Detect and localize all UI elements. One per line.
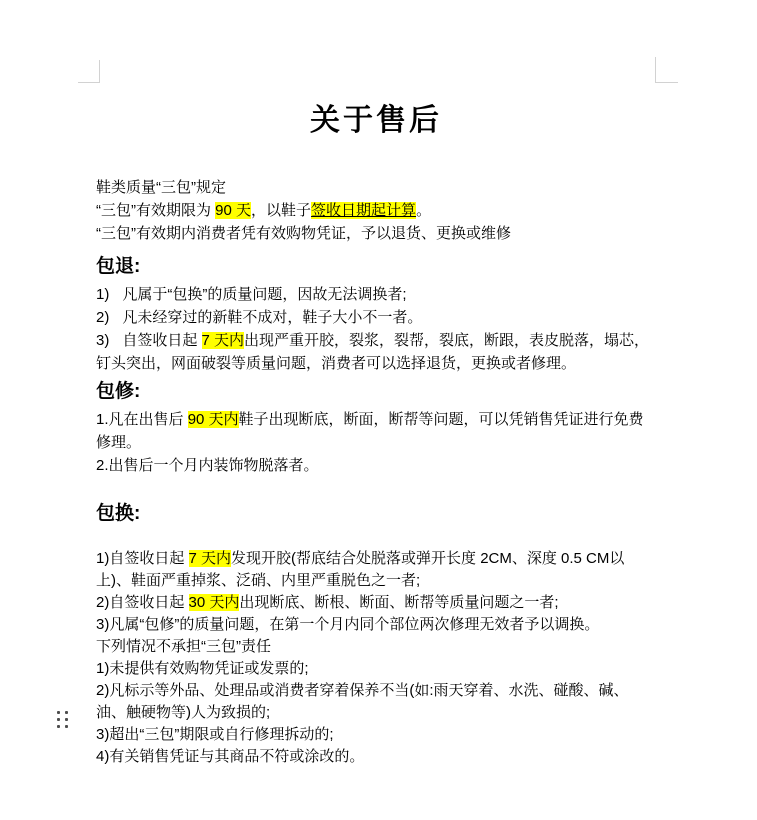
disclaimer-item-1: 1)未提供有效购物凭证或发票的; (96, 658, 656, 680)
repair-heading: 包修: (96, 378, 656, 406)
text-segment: 。 (416, 202, 431, 219)
text-segment: 包换: (96, 503, 140, 524)
exchange-item-3: 3)凡属“包修”的质量问题，在第一个月内同个部位两次修理无效者予以调换。 (96, 614, 656, 636)
text-segment: 2)自签收日起 (96, 594, 189, 611)
three-guarantee-intro: 鞋类质量“三包”规定 (96, 176, 656, 199)
text-segment: 包修: (96, 381, 140, 402)
text-segment: “三包”有效期限为 (96, 202, 215, 219)
text-segment: 1)未提供有效购物凭证或发票的; (96, 660, 309, 677)
repair-item-2: 2.出售后一个月内装饰物脱落者。 (96, 454, 656, 477)
exchange-item-2: 2)自签收日起 30 天内出现断底、断根、断面、断帮等质量问题之一者; (96, 592, 656, 614)
highlighted-text: 30 天内 (189, 594, 240, 611)
text-segment: 自签收日起 (122, 332, 201, 349)
text-segment: 凡属于“包换”的质量问题，因故无法调换者; (122, 286, 406, 303)
validity-period: “三包”有效期限为 90 天，以鞋子签收日期起计算。 (96, 199, 656, 222)
return-heading: 包退: (96, 253, 656, 281)
return-item-1: 1)凡属于“包换”的质量问题，因故无法调换者; (96, 283, 656, 306)
highlighted-text: 7 天内 (202, 332, 245, 349)
text-segment: 2.出售后一个月内装饰物脱落者。 (96, 457, 319, 474)
text-segment: 4)有关销售凭证与其商品不符或涂改的。 (96, 748, 364, 765)
drag-handle-icon[interactable] (57, 711, 68, 728)
blank-line-2 (96, 530, 656, 548)
disclaimer-item-3: 3)超出“三包”期限或自行修理拆动的; (96, 724, 656, 746)
highlighted-text: 90 天内 (188, 411, 239, 428)
highlighted-text: 7 天内 (189, 550, 232, 567)
page-margin-mark-top-right (655, 57, 678, 83)
list-marker: 1) (96, 286, 109, 303)
repair-item-1: 1.凡在出售后 90 天内鞋子出现断底，断面，断帮等问题，可以凭销售凭证进行免费… (96, 408, 656, 454)
text-segment: 2)凡标示等外品、处理品或消费者穿着保养不当(如:雨天穿着、水洗、碰酸、碱、油、… (96, 682, 629, 721)
document-body: 鞋类质量“三包”规定“三包”有效期限为 90 天，以鞋子签收日期起计算。“三包”… (96, 176, 656, 768)
text-segment: 1)自签收日起 (96, 550, 189, 567)
list-marker: 3) (96, 332, 109, 349)
highlighted-text: 90 天 (215, 202, 251, 219)
text-segment: 出现断底、断根、断面、断帮等质量问题之一者; (239, 594, 558, 611)
blank-line-1 (96, 477, 656, 500)
validity-terms: “三包”有效期内消费者凭有效购物凭证，予以退货、更换或维修 (96, 222, 656, 245)
text-segment: 3)超出“三包”期限或自行修理拆动的; (96, 726, 334, 743)
exchange-item-1: 1)自签收日起 7 天内发现开胶(帮底结合处脱落或弹开长度 2CM、深度 0.5… (96, 548, 656, 592)
highlighted-text: 签收日期起计算 (311, 202, 416, 219)
page-margin-mark-top-left (78, 60, 100, 83)
exchange-heading: 包换: (96, 500, 656, 528)
disclaimer-item-4: 4)有关销售凭证与其商品不符或涂改的。 (96, 746, 656, 768)
text-segment: 凡未经穿过的新鞋不成对，鞋子大小不一者。 (122, 309, 422, 326)
document-title: 关于售后 (96, 100, 656, 142)
text-segment: 下列情况不承担“三包”责任 (96, 638, 271, 655)
text-segment: 鞋类质量“三包”规定 (96, 179, 226, 196)
list-marker: 2) (96, 309, 109, 326)
text-segment: ，以鞋子 (251, 202, 311, 219)
text-segment: 1.凡在出售后 (96, 411, 188, 428)
disclaimer-item-2: 2)凡标示等外品、处理品或消费者穿着保养不当(如:雨天穿着、水洗、碰酸、碱、油、… (96, 680, 656, 724)
return-item-3: 3)自签收日起 7 天内出现严重开胶，裂浆，裂帮，裂底，断跟，表皮脱落，塌芯，钉… (96, 329, 656, 375)
text-segment: 包退: (96, 256, 140, 277)
document-page: 关于售后 鞋类质量“三包”规定“三包”有效期限为 90 天，以鞋子签收日期起计算… (96, 100, 656, 768)
text-segment: 3)凡属“包修”的质量问题，在第一个月内同个部位两次修理无效者予以调换。 (96, 616, 599, 633)
return-item-2: 2)凡未经穿过的新鞋不成对，鞋子大小不一者。 (96, 306, 656, 329)
disclaimer-title: 下列情况不承担“三包”责任 (96, 636, 656, 658)
text-segment: “三包”有效期内消费者凭有效购物凭证，予以退货、更换或维修 (96, 225, 511, 242)
